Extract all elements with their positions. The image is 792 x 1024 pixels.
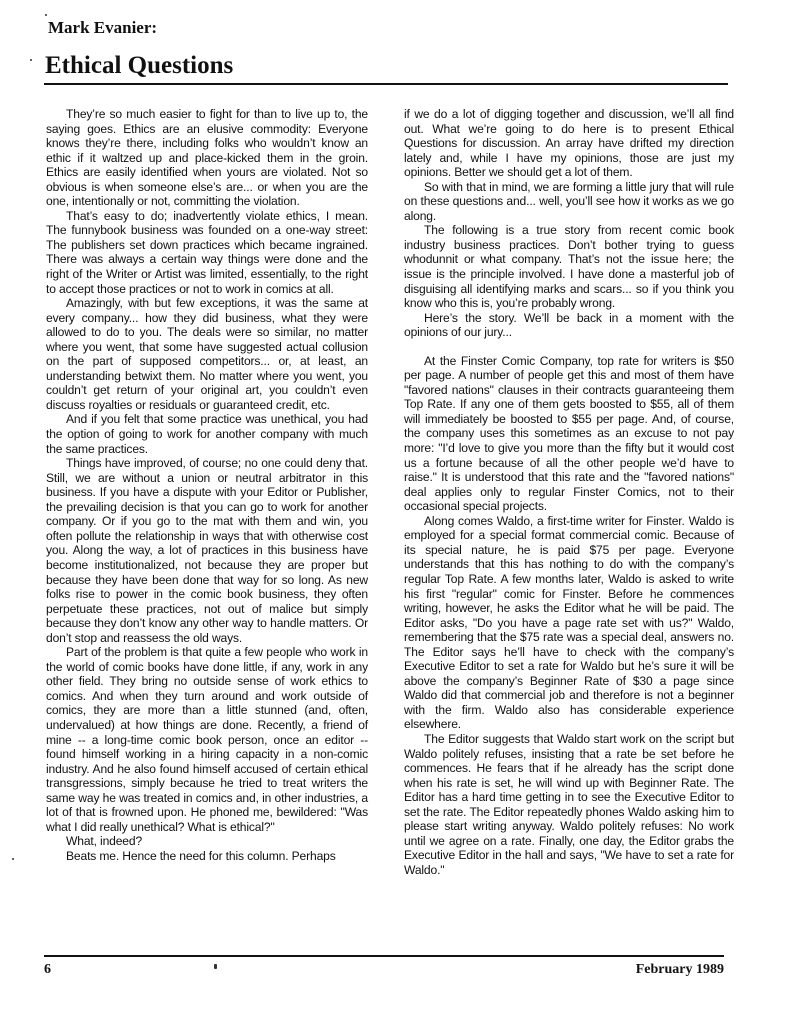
issue-date: February 1989 bbox=[636, 962, 724, 978]
paragraph: Part of the problem is that quite a few … bbox=[46, 645, 368, 834]
left-column: They’re so much easier to fight for than… bbox=[46, 107, 368, 863]
paragraph: Along comes Waldo, a first-time writer f… bbox=[404, 514, 734, 732]
paragraph: Things have improved, of course; no one … bbox=[46, 456, 368, 645]
paragraph: And if you felt that some practice was u… bbox=[46, 412, 368, 456]
paragraph: At the Finster Comic Company, top rate f… bbox=[404, 354, 734, 514]
paragraph: They’re so much easier to fight for than… bbox=[46, 107, 368, 209]
paragraph: if we do a lot of digging together and d… bbox=[404, 107, 734, 180]
paragraph: So with that in mind, we are forming a l… bbox=[404, 180, 734, 224]
header-rule bbox=[44, 83, 728, 85]
paragraph: Beats me. Hence the need for this column… bbox=[46, 849, 368, 864]
paragraph: That’s easy to do; inadvertently violate… bbox=[46, 209, 368, 296]
paragraph: Amazingly, with but few exceptions, it w… bbox=[46, 296, 368, 412]
scan-speck bbox=[30, 59, 32, 61]
article-title: Ethical Questions bbox=[45, 52, 233, 80]
paragraph: What, indeed? bbox=[46, 834, 368, 849]
scan-speck bbox=[214, 964, 217, 969]
page-number: 6 bbox=[44, 962, 51, 978]
scan-speck bbox=[12, 858, 14, 860]
right-column: if we do a lot of digging together and d… bbox=[404, 107, 734, 877]
scan-speck bbox=[45, 14, 47, 16]
author-byline: Mark Evanier: bbox=[48, 18, 157, 38]
paragraph: Here’s the story. We’ll be back in a mom… bbox=[404, 311, 734, 340]
paragraph: The following is a true story from recen… bbox=[404, 223, 734, 310]
footer-rule bbox=[44, 955, 724, 957]
magazine-page: Mark Evanier: Ethical Questions They’re … bbox=[0, 0, 792, 1024]
paragraph: The Editor suggests that Waldo start wor… bbox=[404, 732, 734, 877]
